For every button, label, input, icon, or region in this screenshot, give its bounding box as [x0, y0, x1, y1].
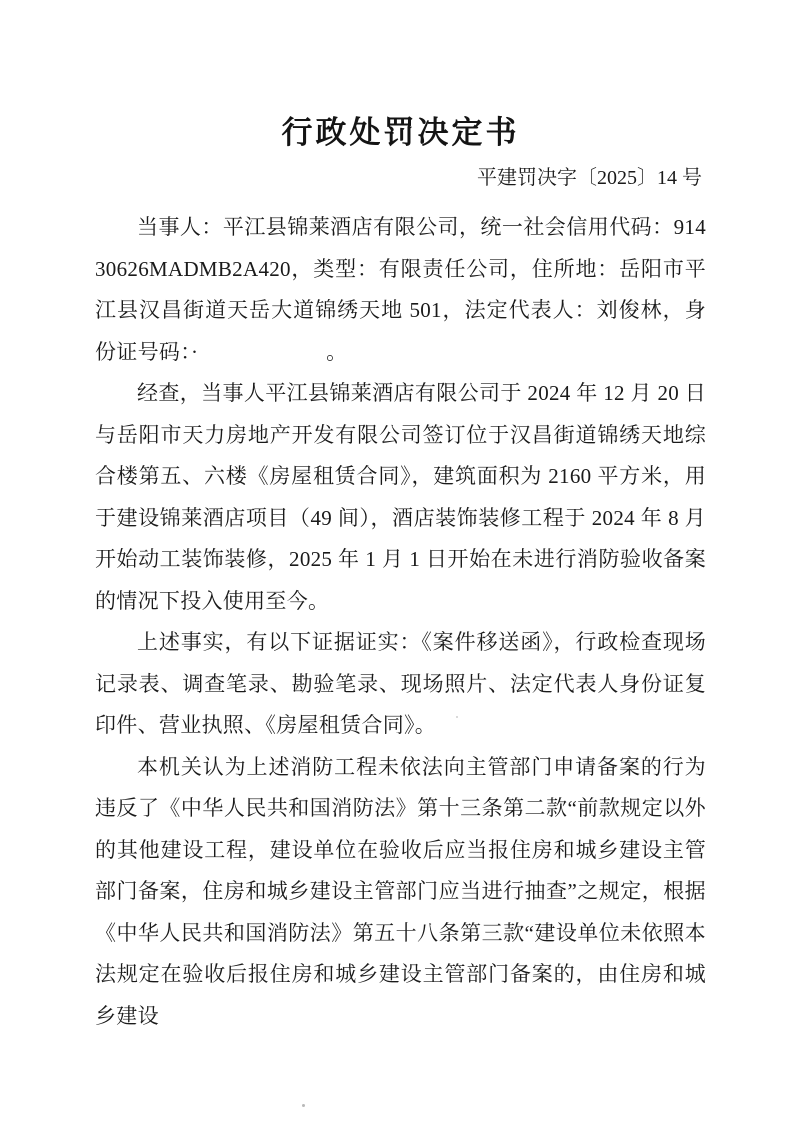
- paragraph-evidence: 上述事实，有以下证据证实：《案件移送函》，行政检查现场记录表、调查笔录、勘验笔录…: [95, 622, 706, 747]
- document-number: 平建罚决字〔2025〕14 号: [95, 164, 706, 192]
- scanned-document-page: 行政处罚决定书 平建罚决字〔2025〕14 号 当事人：平江县锦莱酒店有限公司，…: [0, 0, 794, 1122]
- paragraph-legal-basis: 本机关认为上述消防工程未依法向主管部门申请备案的行为违反了《中华人民共和国消防法…: [95, 747, 706, 1038]
- document-body: 当事人：平江县锦莱酒店有限公司，统一社会信用代码：91430626MADMB2A…: [95, 207, 706, 1037]
- document-title: 行政处罚决定书: [95, 112, 706, 154]
- scan-artifact: [302, 1104, 305, 1107]
- scan-artifact: [456, 716, 458, 718]
- paragraph-party-info: 当事人：平江县锦莱酒店有限公司，统一社会信用代码：91430626MADMB2A…: [95, 207, 706, 373]
- paragraph-findings: 经查，当事人平江县锦莱酒店有限公司于 2024 年 12 月 20 日与岳阳市天…: [95, 373, 706, 622]
